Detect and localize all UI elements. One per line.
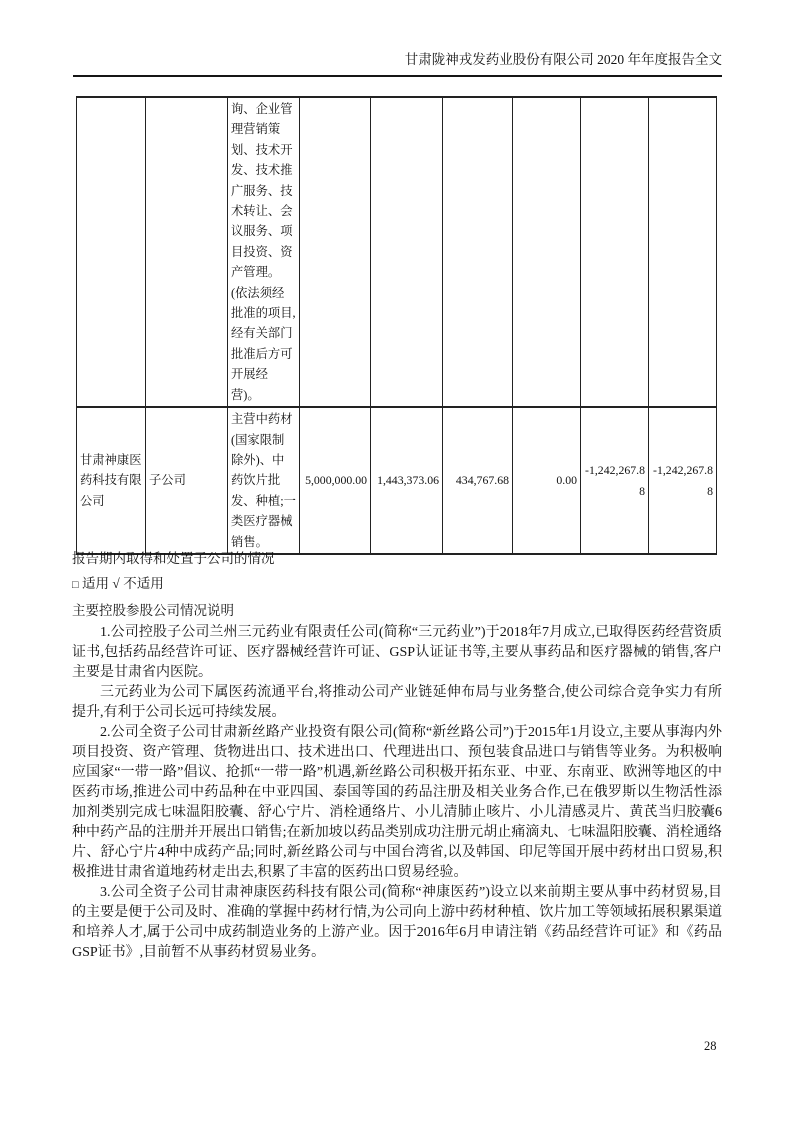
header-divider xyxy=(73,75,722,77)
cell-net-profit xyxy=(649,97,717,407)
report-page: 甘肃陇神戎发药业股份有限公司 2020 年年度报告全文 询、企业管理营销策划、技… xyxy=(0,0,793,1122)
cell-company-type xyxy=(146,97,228,407)
applicable-label: 适用 xyxy=(82,576,109,591)
not-applicable-label: 不适用 xyxy=(123,576,164,591)
cell-registered-capital: 5,000,000.00 xyxy=(300,407,371,554)
cell-company-name xyxy=(77,97,146,407)
cell-total-assets xyxy=(371,97,443,407)
applicability-line: □ 适用 √ 不适用 xyxy=(72,571,722,598)
cell-revenue: 0.00 xyxy=(513,407,581,554)
cell-operating-profit xyxy=(581,97,649,407)
section-note-title: 主要控股参股公司情况说明 xyxy=(72,598,722,623)
cell-company-name: 甘肃神康医药科技有限公司 xyxy=(77,407,146,554)
table-row-business-scope-continued: 询、企业管理营销策划、技术开发、技术推广服务、技术转让、会议服务、项目投资、资产… xyxy=(77,97,717,407)
paragraph-silkroad: 2.公司全资子公司甘肃新丝路产业投资有限公司(简称“新丝路公司”)于2015年1… xyxy=(72,723,722,883)
cell-total-assets: 1,443,373.06 xyxy=(371,407,443,554)
body-content: 报告期内取得和处置子公司的情况 □ 适用 √ 不适用 主要控股参股公司情况说明 … xyxy=(72,546,722,963)
paragraph-sanyuan-intro: 1.公司控股子公司兰州三元药业有限责任公司(简称“三元药业”)于2018年7月成… xyxy=(72,623,722,683)
subsidiary-table: 询、企业管理营销策划、技术开发、技术推广服务、技术转让、会议服务、项目投资、资产… xyxy=(76,96,717,555)
checkbox-unchecked-icon: □ xyxy=(72,579,79,591)
cell-business-scope: 询、企业管理营销策划、技术开发、技术推广服务、技术转让、会议服务、项目投资、资产… xyxy=(228,97,300,407)
paragraph-sanyuan-role: 三元药业为公司下属医药流通平台,将推动公司产业链延伸布局与业务整合,使公司综合竞… xyxy=(72,683,722,723)
page-number: 28 xyxy=(704,1039,717,1054)
cell-business-scope: 主营中药材(国家限制除外)、中药饮片批发、种植;一类医疗器械销售。 xyxy=(228,407,300,554)
table-row-shenkang: 甘肃神康医药科技有限公司 子公司 主营中药材(国家限制除外)、中药饮片批发、种植… xyxy=(77,407,717,554)
check-icon: √ xyxy=(112,576,119,591)
cell-revenue xyxy=(513,97,581,407)
cell-registered-capital xyxy=(300,97,371,407)
report-title: 甘肃陇神戎发药业股份有限公司 2020 年年度报告全文 xyxy=(405,52,722,68)
cell-net-assets: 434,767.68 xyxy=(443,407,513,554)
cell-net-assets xyxy=(443,97,513,407)
cell-operating-profit: -1,242,267.88 xyxy=(581,407,649,554)
section-acquisition-disposal: 报告期内取得和处置子公司的情况 xyxy=(72,546,722,571)
paragraph-shenkang: 3.公司全资子公司甘肃神康医药科技有限公司(简称“神康医药”)设立以来前期主要从… xyxy=(72,883,722,963)
cell-company-type: 子公司 xyxy=(146,407,228,554)
cell-net-profit: -1,242,267.88 xyxy=(649,407,717,554)
